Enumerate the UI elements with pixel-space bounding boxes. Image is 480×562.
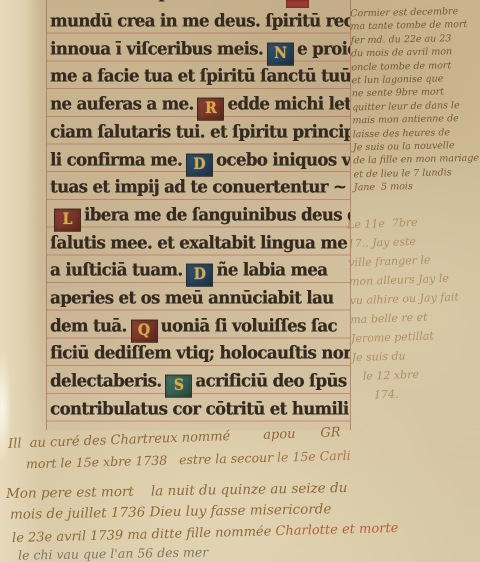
illuminated-initial-l: L bbox=[54, 208, 81, 231]
illuminated-initial-s: S bbox=[165, 375, 192, 398]
manuscript-text: ne auferas a me. bbox=[50, 93, 193, 114]
annotation-line: de la fille en mon mariage bbox=[353, 152, 480, 168]
annotation-text: le chi vau que l'an 56 des mer bbox=[18, 544, 208, 562]
manuscript-line: li confirma me.Docebo iniquos vias bbox=[50, 147, 351, 177]
manuscript-line: tuas et impij ad te conuertentur ~ bbox=[50, 174, 346, 200]
manuscript-line: ne auferas a me.Redde michi leti bbox=[50, 91, 351, 121]
manuscript-text: ocebo iniquos vias bbox=[216, 149, 351, 170]
manuscript-line: a iuſticiā tuam.Dñe labia mea bbox=[50, 257, 327, 287]
annotation-line: 174. bbox=[353, 382, 480, 406]
manuscript-text: li confirma me. bbox=[50, 149, 182, 170]
illuminated-initial-r: R bbox=[197, 98, 224, 121]
annotation-line: mois de juillet 1736 Dieu luy fasse mise… bbox=[10, 501, 332, 523]
manuscript-text: acrificiū deo ſpūs bbox=[195, 370, 346, 391]
manuscript-text: ſalutis mee. et exaltabit lingua me bbox=[50, 232, 347, 253]
manuscript-text-block: tatē meā. et peccatū meū cōtra me mundū … bbox=[46, 0, 351, 430]
manuscript-text: ibera me de ſanguinibus deus ds bbox=[84, 204, 351, 225]
manuscript-text: innoua ī viſceribus meis. bbox=[50, 38, 263, 59]
manuscript-line: delectaberis.Sacrificiū deo ſpūs bbox=[50, 368, 346, 398]
manuscript-text: a iuſticiā tuam. bbox=[50, 259, 182, 280]
manuscript-page: tatē meā. et peccatū meū cōtra me mundū … bbox=[0, 0, 480, 562]
annotation-text: le 23e avril 1739 ma ditte fille nommée bbox=[12, 524, 276, 546]
annotation-text: Charlotte et morte bbox=[275, 521, 398, 539]
manuscript-text: uoniā ſi voluiſſes ſac bbox=[161, 315, 337, 336]
manuscript-line: mundū crea in me deus. ſpiritū rectū bbox=[50, 8, 351, 34]
manuscript-line: contribulatus cor cōtritū et humili bbox=[50, 396, 348, 422]
annotation-text: le 15e Carli bbox=[277, 448, 351, 465]
manuscript-line: ficiū dediſſem vtiq; holocauſtis non bbox=[50, 340, 351, 366]
margin-annotation-top-right: Cormier est decembrema tante tombe de mo… bbox=[350, 5, 480, 195]
illuminated-initial-d: D bbox=[186, 153, 213, 176]
manuscript-text: dem tuā. bbox=[50, 315, 127, 336]
manuscript-line: ſalutis mee. et exaltabit lingua me bbox=[50, 230, 347, 256]
manuscript-line: aperies et os meū annūciabit lau bbox=[50, 285, 333, 311]
illuminated-initial-n: N bbox=[267, 42, 294, 65]
illuminated-initial-d: D bbox=[186, 264, 213, 287]
annotation-line: Mon pere est mort la nuit du quinze au s… bbox=[6, 480, 348, 502]
manuscript-text: mundū crea in me deus. ſpiritū rectū bbox=[50, 10, 351, 31]
annotation-line: mort le 15e xbre 1738 estre la secour le… bbox=[26, 448, 351, 471]
manuscript-line-cut: tatē meā. et peccatū meū cōtra me bbox=[50, 0, 351, 2]
manuscript-line: Libera me de ſanguinibus deus ds bbox=[50, 202, 351, 232]
annotation-text: mois de juillet 1736 Dieu luy fasse mise… bbox=[10, 501, 332, 523]
manuscript-text: edde michi leti bbox=[227, 93, 351, 114]
page-edge bbox=[0, 0, 42, 562]
annotation-text: mort le 15e xbre 1738 estre la secour bbox=[26, 450, 277, 472]
annotation-line: le chi vau que l'an 56 des mer bbox=[18, 544, 208, 562]
annotation-line: Jane 5 mois bbox=[354, 179, 480, 195]
manuscript-text: contribulatus cor cōtritū et humili bbox=[50, 398, 348, 419]
manuscript-text: me a facie tua et ſpiritū ſanctū tuū bbox=[50, 66, 351, 87]
margin-annotation-mid-right: Le 11e 7bre17.. Jay esteville franger le… bbox=[347, 211, 480, 405]
annotation-line: le 23e avril 1739 ma ditte fille nommée … bbox=[12, 521, 399, 546]
manuscript-text: ñe labia mea bbox=[216, 259, 327, 280]
illuminated-initial-q: Q bbox=[131, 319, 158, 342]
manuscript-line: ciam ſalutaris tui. et ſpiritu principa bbox=[50, 119, 351, 145]
manuscript-text: e proicias bbox=[297, 38, 351, 59]
manuscript-text: aperies et os meū annūciabit lau bbox=[50, 287, 333, 308]
manuscript-line: dem tuā.Quoniā ſi voluiſſes ſac bbox=[50, 313, 337, 343]
manuscript-line: innoua ī viſceribus meis.Ne proicias bbox=[50, 36, 351, 66]
manuscript-text: ciam ſalutaris tui. et ſpiritu principa bbox=[50, 121, 351, 142]
manuscript-text: ficiū dediſſem vtiq; holocauſtis non bbox=[50, 343, 351, 364]
annotation-line: ma tante tombe de mort bbox=[350, 18, 477, 34]
manuscript-line: me a facie tua et ſpiritū ſanctū tuū bbox=[50, 63, 351, 89]
manuscript-text: tuas et impij ad te conuertentur ~ bbox=[50, 176, 346, 197]
annotation-text: Mon pere est mort la nuit du quinze au s… bbox=[6, 480, 348, 502]
manuscript-text: delectaberis. bbox=[50, 370, 161, 391]
